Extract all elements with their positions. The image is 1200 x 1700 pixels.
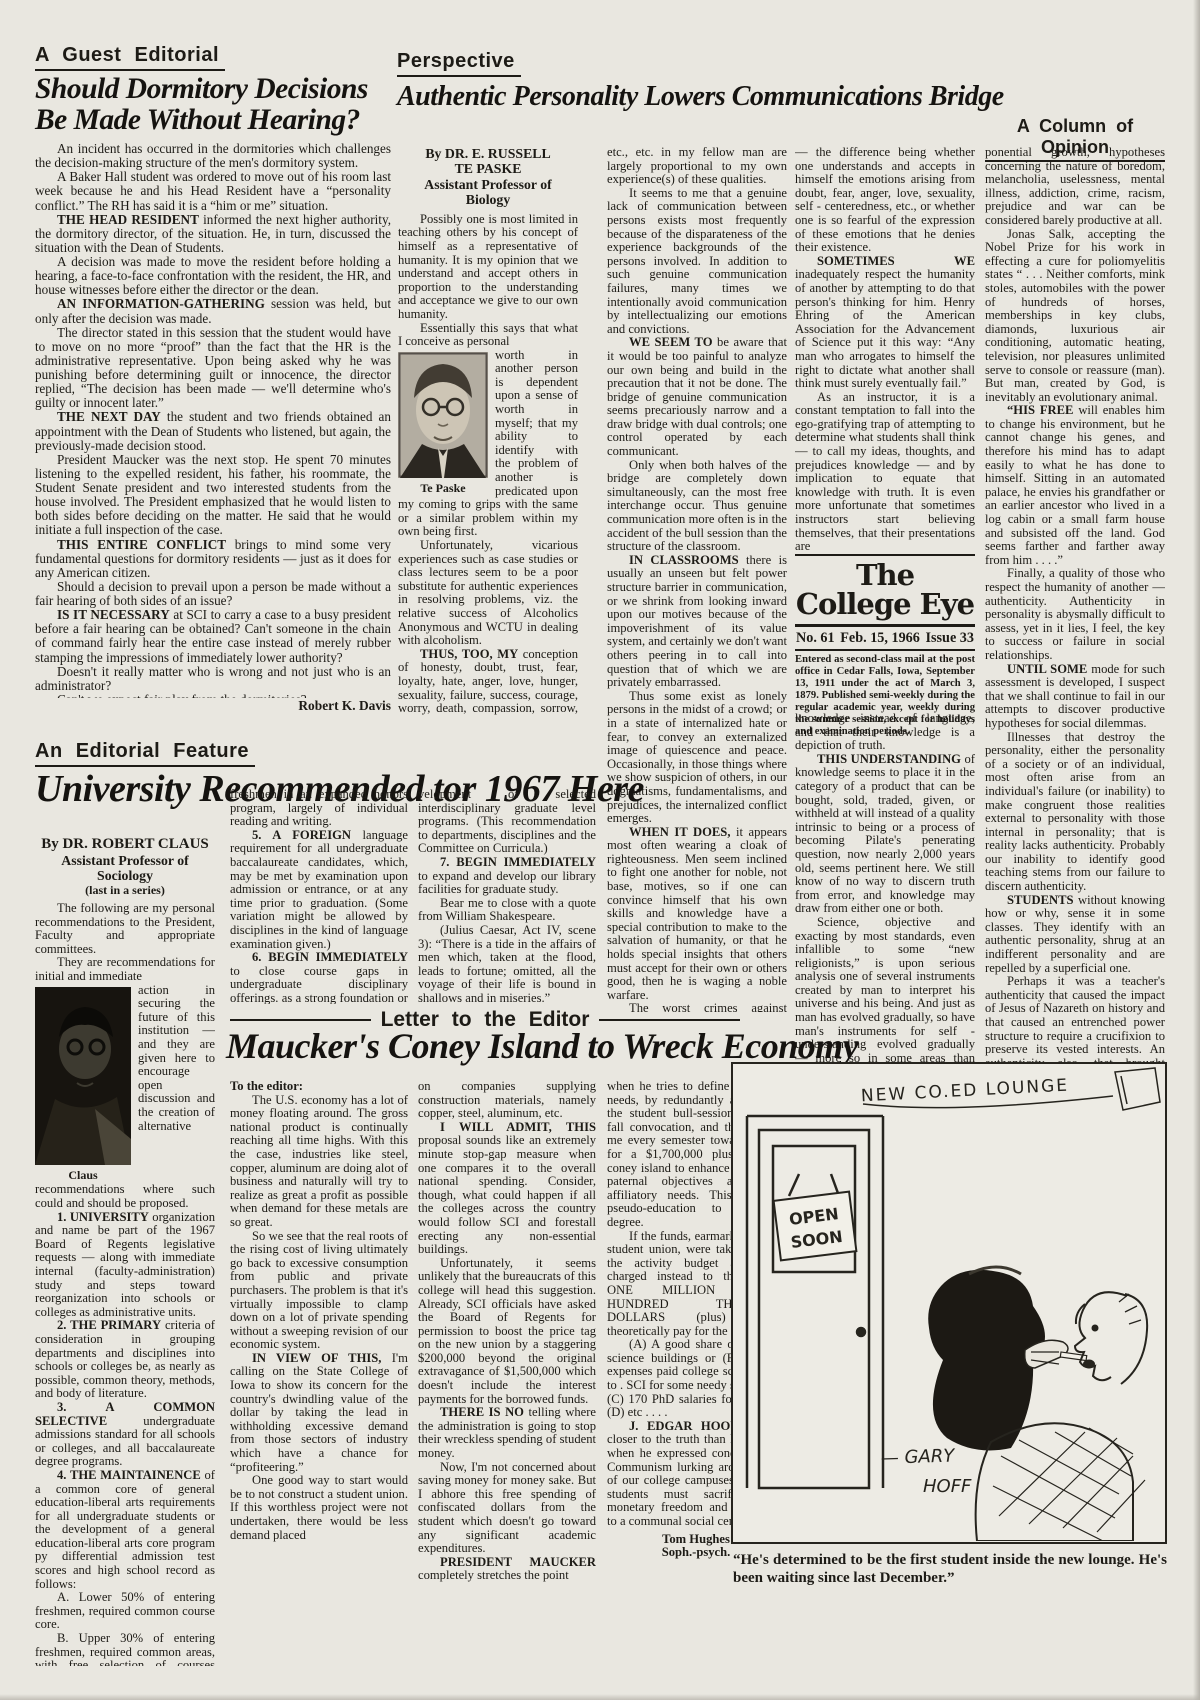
letter-col-1: To the editor:The U.S. economy has a lot… bbox=[230, 1080, 408, 1666]
paragraph: Possibly one is most limited in teaching… bbox=[398, 213, 578, 322]
cartoon-open-soon-sign: OPEN SOON bbox=[774, 1192, 857, 1261]
paragraph: freshmen in an expanded honors program, … bbox=[230, 788, 408, 829]
paragraph: The U.S. economy has a lot of money floa… bbox=[230, 1094, 408, 1230]
perspective-byline: By DR. E. RUSSELL TE PASKE Assistant Pro… bbox=[398, 146, 578, 208]
paragraph: To the editor: bbox=[230, 1080, 408, 1094]
guest-editorial-kicker-wrap: A Guest Editorial bbox=[35, 44, 225, 71]
paragraph: IN VIEW OF THIS, I'm calling on the Stat… bbox=[230, 1352, 408, 1474]
guest-editorial-signature: Robert K. Davis bbox=[35, 698, 405, 714]
paragraph: (Julius Caesar, Act IV, scene 3): “There… bbox=[418, 924, 596, 1004]
paragraph: STUDENTS without knowing how or why, sen… bbox=[985, 894, 1165, 976]
paragraph: ponential growth, hypotheses concerning … bbox=[985, 146, 1165, 228]
paragraph: etc., etc. in my fellow man are largely … bbox=[607, 146, 787, 187]
masthead-issue-row: No. 61 Feb. 15, 1966 Issue 33 bbox=[795, 627, 975, 649]
perspective-col-c-top: — the difference being whether one under… bbox=[795, 146, 975, 550]
guest-editorial-headline: Should Dormitory Decisions Be Made Witho… bbox=[35, 74, 393, 135]
paragraph: The director stated in this session that… bbox=[35, 326, 391, 411]
paragraph: Doesn't it really matter who is wrong an… bbox=[35, 665, 391, 693]
feature-col-1: By DR. ROBERT CLAUS Assistant Professor … bbox=[35, 836, 215, 1666]
paragraph: UNTIL SOME mode for such assessment is d… bbox=[985, 663, 1165, 731]
paragraph: It seems to me that a genuine lack of co… bbox=[607, 187, 787, 337]
paragraph: 4. THE MAINTAINENCE of a common core of … bbox=[35, 1469, 215, 1591]
paragraph: One good way to start would be to not co… bbox=[230, 1474, 408, 1542]
te-paske-photo bbox=[398, 352, 488, 478]
paragraph: “HIS FREE will enables him to change his… bbox=[985, 404, 1165, 567]
te-paske-photo-caption: Te Paske bbox=[398, 481, 488, 495]
perspective-kicker-wrap: Perspective bbox=[397, 50, 521, 77]
paragraph: An incident has occurred in the dormitor… bbox=[35, 142, 391, 170]
paragraph: THERE IS NO telling where the administra… bbox=[418, 1406, 596, 1460]
masthead-title: The College Eye bbox=[795, 558, 975, 624]
paragraph: The following are my personal recommenda… bbox=[35, 902, 215, 956]
claus-byline: By DR. ROBERT CLAUS Assistant Professor … bbox=[35, 836, 215, 897]
masthead-number: No. 61 bbox=[796, 630, 835, 647]
paragraph: Bear me to close with a quote from Willi… bbox=[418, 897, 596, 924]
paragraph: THE NEXT DAY the student and two friends… bbox=[35, 410, 391, 452]
cartoon-profile-figure bbox=[1075, 1292, 1147, 1384]
paragraph: They are recommendations for initial and… bbox=[35, 956, 215, 983]
paragraph: A. Lower 50% of entering freshmen, requi… bbox=[35, 1591, 215, 1632]
perspective-headline: Authentic Personality Lowers Communicati… bbox=[397, 82, 1087, 111]
paragraph: IN CLASSROOMS there is usually an unseen… bbox=[607, 554, 787, 690]
claus-photo-block: Claus bbox=[35, 987, 131, 1183]
letter-divider-rule-left bbox=[230, 1019, 371, 1022]
paragraph: Finally, a quality of those who respect … bbox=[985, 567, 1165, 662]
masthead-date: Feb. 15, 1966 bbox=[840, 630, 920, 647]
paragraph: 2. THE PRIMARY criteria of consideration… bbox=[35, 1319, 215, 1401]
paragraph: WE SEEM TO be aware that it would be too… bbox=[607, 336, 787, 458]
perspective-col-a-intro: Possibly one is most limited in teaching… bbox=[398, 213, 578, 349]
paragraph: IS IT NECESSARY at SCI to carry a case t… bbox=[35, 608, 391, 665]
paragraph: President Maucker was the next stop. He … bbox=[35, 453, 391, 538]
te-paske-photo-block: Te Paske bbox=[398, 352, 488, 496]
paragraph: THUS, TOO, MY conception of honesty, dou… bbox=[398, 648, 578, 716]
feature-kicker-wrap: An Editorial Feature bbox=[35, 740, 255, 767]
paragraph: Unfortunately, it seems unlikely that th… bbox=[418, 1257, 596, 1407]
letter-col-2: on companies supplying construction mate… bbox=[418, 1080, 596, 1666]
paragraph: velopment of selected interdisciplinary … bbox=[418, 788, 596, 856]
paragraph: PRESIDENT MAUCKER completely stretches t… bbox=[418, 1556, 596, 1583]
paragraph: THIS UNDERSTANDING of knowledge seems to… bbox=[795, 753, 975, 916]
cartoon-artist-signature-2: HOFF bbox=[923, 1476, 972, 1497]
paragraph: THIS ENTIRE CONFLICT brings to mind some… bbox=[35, 538, 391, 580]
paragraph: 6. BEGIN IMMEDIATELY to close course gap… bbox=[230, 951, 408, 1004]
paragraph: Only when both halves of the bridge are … bbox=[607, 459, 787, 554]
paragraph: Unfortunately, vicarious experiences suc… bbox=[398, 539, 578, 648]
paragraph: SOMETIMES WE inadequately respect the hu… bbox=[795, 255, 975, 391]
letter-headline: Maucker's Coney Island to Wreck Economy bbox=[226, 1028, 1026, 1065]
paragraph: A decision was made to move the resident… bbox=[35, 255, 391, 297]
paragraph: AN INFORMATION-GATHERING session was hel… bbox=[35, 297, 391, 325]
paragraph: — the difference being whether one under… bbox=[795, 146, 975, 255]
cartoon-drawing: NEW CO.ED LOUNGE OPEN SOON bbox=[733, 1064, 1164, 1541]
paragraph: Jonas Salk, accepting the Nobel Prize fo… bbox=[985, 228, 1165, 405]
paragraph: A Baker Hall student was ordered to move… bbox=[35, 170, 391, 212]
editorial-cartoon: NEW CO.ED LOUNGE OPEN SOON bbox=[731, 1062, 1167, 1544]
letter-divider-rule-right bbox=[599, 1019, 740, 1022]
feature-col-2: freshmen in an expanded honors program, … bbox=[230, 788, 408, 1004]
paragraph: Now, I'm not concerned about saving mone… bbox=[418, 1461, 596, 1556]
feature-col-1-intro: The following are my personal recommenda… bbox=[35, 902, 215, 984]
cartoon-artist-signature-1: — GARY bbox=[880, 1445, 956, 1469]
perspective-col-c-bottom: knowledge instead of language, and that … bbox=[795, 712, 975, 1062]
paragraph: Essentially this says that what I concei… bbox=[398, 322, 578, 349]
paragraph: B. Upper 30% of entering freshmen, requi… bbox=[35, 1632, 215, 1666]
paragraph: 1. UNIVERSITY organization and name be p… bbox=[35, 1211, 215, 1320]
perspective-kicker: Perspective bbox=[397, 50, 521, 77]
claus-photo bbox=[35, 987, 131, 1165]
guest-editorial-body: An incident has occurred in the dormitor… bbox=[35, 142, 391, 698]
perspective-col-a: By DR. E. RUSSELL TE PASKE Assistant Pro… bbox=[398, 146, 578, 716]
cartoon-paper-corner bbox=[1115, 1068, 1160, 1110]
cartoon-caption: “He's determined to be the first student… bbox=[733, 1551, 1167, 1587]
paragraph: 3. A COMMON SELECTIVE undergraduate admi… bbox=[35, 1401, 215, 1469]
paragraph: I WILL ADMIT, THIS proposal sounds like … bbox=[418, 1121, 596, 1257]
paragraph: Should a decision to prevail upon a pers… bbox=[35, 580, 391, 608]
feature-kicker: An Editorial Feature bbox=[35, 740, 255, 767]
claus-photo-caption: Claus bbox=[35, 1168, 131, 1182]
cartoon-sign-top: NEW CO.ED LOUNGE bbox=[861, 1076, 1070, 1107]
cartoon-door bbox=[747, 1116, 883, 1488]
perspective-col-d: ponential growth, hypotheses concerning … bbox=[985, 146, 1165, 1062]
paragraph: Illnesses that destroy the personality, … bbox=[985, 731, 1165, 894]
paragraph: So we see that the real roots of the ris… bbox=[230, 1230, 408, 1352]
masthead-issue: Issue 33 bbox=[925, 630, 974, 647]
paragraph: 5. A FOREIGN language requirement for al… bbox=[230, 829, 408, 951]
perspective-col-b: etc., etc. in my fellow man are largely … bbox=[607, 146, 787, 1012]
masthead-box: The College Eye No. 61 Feb. 15, 1966 Iss… bbox=[795, 554, 975, 738]
newspaper-page: A Guest Editorial Should Dormitory Decis… bbox=[0, 0, 1200, 1700]
paragraph: knowledge instead of language, and that … bbox=[795, 712, 975, 753]
guest-editorial-kicker: A Guest Editorial bbox=[35, 44, 225, 71]
feature-col-3: velopment of selected interdisciplinary … bbox=[418, 788, 596, 1004]
paragraph: on companies supplying construction mate… bbox=[418, 1080, 596, 1121]
paragraph: WHEN IT DOES, it appears most often wear… bbox=[607, 826, 787, 1003]
paragraph: THE HEAD RESIDENT informed the next high… bbox=[35, 213, 391, 255]
paragraph: 7. BEGIN IMMEDIATELY to expand and devel… bbox=[418, 856, 596, 897]
paragraph: As an instructor, it is a constant tempt… bbox=[795, 391, 975, 550]
